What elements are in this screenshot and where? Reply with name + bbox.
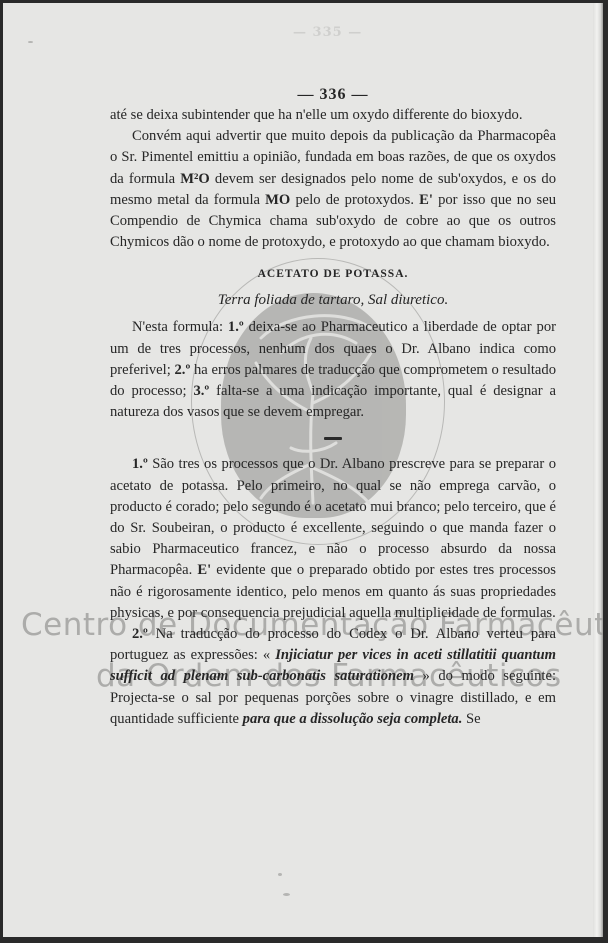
section-title: ACETATO DE POTASSA. xyxy=(110,265,556,283)
paper-speck xyxy=(278,873,282,876)
paragraph-pimentel-opinion: Convém aqui advertir que muito depois da… xyxy=(110,126,556,253)
section-separator xyxy=(324,437,342,440)
paper-speck xyxy=(28,41,33,43)
page-edge-shadow xyxy=(593,3,603,937)
paragraph-point-2: 2.º Na traducção do processo do Codex o … xyxy=(110,624,556,730)
bleed-through-page-number: — 335 — xyxy=(293,25,362,40)
paper-speck xyxy=(283,893,290,896)
paragraph-point-1: 1.º São tres os processos que o Dr. Alba… xyxy=(110,454,556,624)
page-text: — 336 — até se deixa subintender que ha … xyxy=(110,85,556,730)
scanned-page: — 335 — Centro de Documentação Farmacêut… xyxy=(3,3,603,937)
paragraph-formula-critique: N'esta formula: 1.º deixa-se ao Pharmace… xyxy=(110,317,556,423)
section-subtitle: Terra foliada de tartaro, Sal diuretico. xyxy=(110,289,556,311)
formula-mo: MO xyxy=(265,192,290,208)
paragraph-continuation: até se deixa subintender que ha n'elle u… xyxy=(110,105,556,126)
page-number: — 336 — xyxy=(110,85,556,105)
formula-m2o: M²O xyxy=(180,171,210,187)
italic-phrase: para que a dissolução seja completa. xyxy=(243,711,463,727)
